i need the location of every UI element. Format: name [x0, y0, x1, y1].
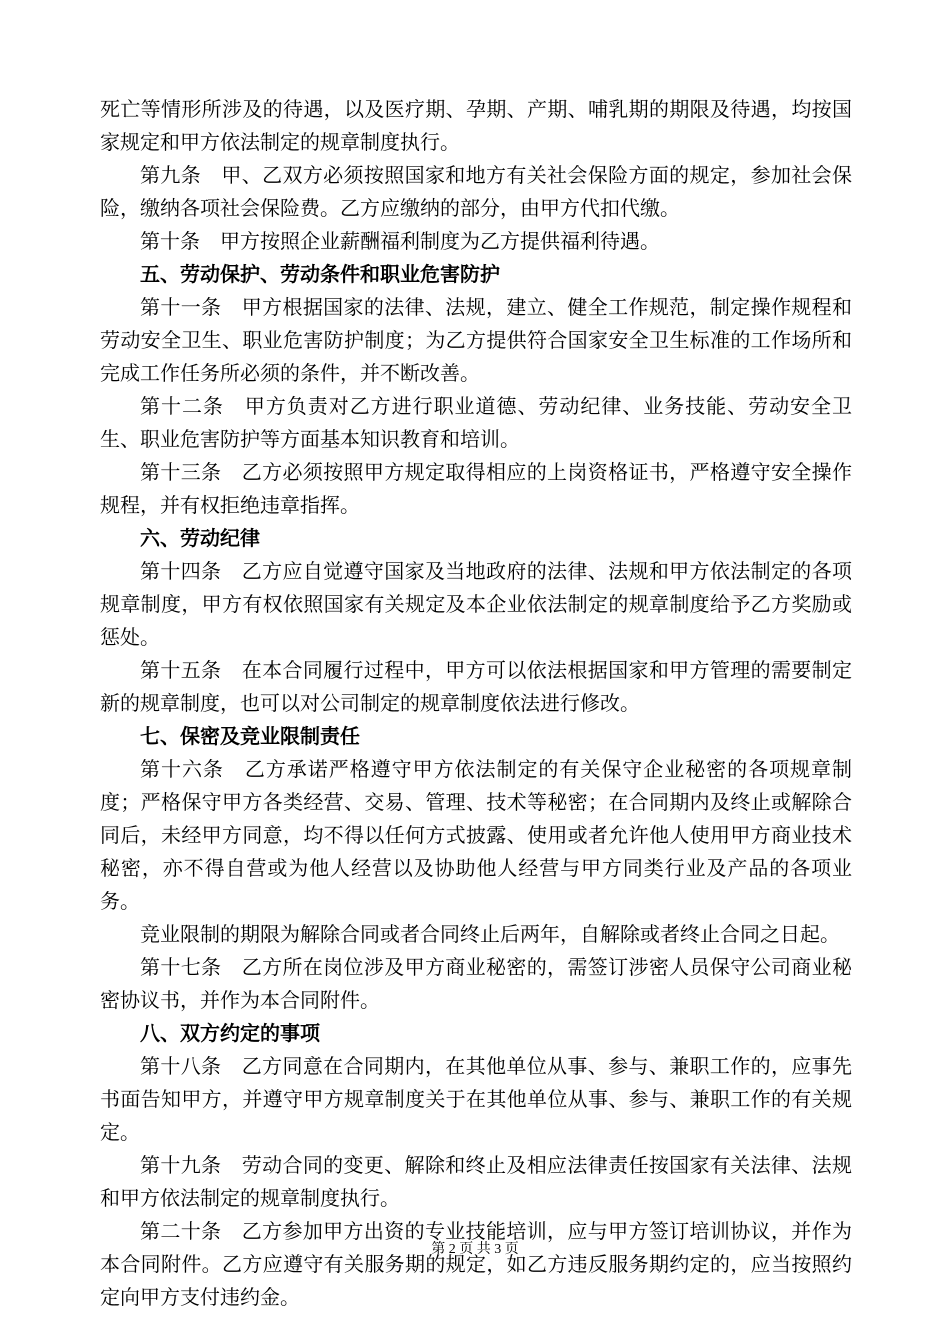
section-heading: 八、双方约定的事项 — [100, 1018, 852, 1051]
contract-paragraph: 第十三条 乙方必须按照甲方规定取得相应的上岗资格证书，严格遵守安全操作规程，并有… — [100, 457, 852, 523]
contract-paragraph: 第十四条 乙方应自觉遵守国家及当地政府的法律、法规和甲方依法制定的各项规章制度，… — [100, 556, 852, 655]
contract-paragraph: 第二十条 乙方参加甲方出资的专业技能培训，应与甲方签订培训协议，并作为本合同附件… — [100, 1216, 852, 1315]
contract-paragraph: 第十五条 在本合同履行过程中，甲方可以依法根据国家和甲方管理的需要制定新的规章制… — [100, 655, 852, 721]
contract-paragraph: 竞业限制的期限为解除合同或者合同终止后两年，自解除或者终止合同之日起。 — [100, 919, 852, 952]
contract-paragraph: 死亡等情形所涉及的待遇，以及医疗期、孕期、产期、哺乳期的期限及待遇，均按国家规定… — [100, 94, 852, 160]
contract-paragraph: 第十九条 劳动合同的变更、解除和终止及相应法律责任按国家有关法律、法规和甲方依法… — [100, 1150, 852, 1216]
contract-paragraph: 第九条 甲、乙双方必须按照国家和地方有关社会保险方面的规定，参加社会保险，缴纳各… — [100, 160, 852, 226]
contract-paragraph: 第十七条 乙方所在岗位涉及甲方商业秘密的，需签订涉密人员保守公司商业秘密协议书，… — [100, 952, 852, 1018]
section-heading: 七、保密及竞业限制责任 — [100, 721, 852, 754]
page-footer: 第 2 页 共 3 页 — [0, 1240, 950, 1260]
section-heading: 六、劳动纪律 — [100, 523, 852, 556]
contract-paragraph: 第十一条 甲方根据国家的法律、法规，建立、健全工作规范，制定操作规程和劳动安全卫… — [100, 292, 852, 391]
page-number: 第 2 页 共 3 页 — [431, 1242, 519, 1257]
contract-paragraph: 第十六条 乙方承诺严格遵守甲方依法制定的有关保守企业秘密的各项规章制度；严格保守… — [100, 754, 852, 919]
contract-body: 死亡等情形所涉及的待遇，以及医疗期、孕期、产期、哺乳期的期限及待遇，均按国家规定… — [100, 94, 852, 1315]
section-heading: 五、劳动保护、劳动条件和职业危害防护 — [100, 259, 852, 292]
contract-paragraph: 第十二条 甲方负责对乙方进行职业道德、劳动纪律、业务技能、劳动安全卫生、职业危害… — [100, 391, 852, 457]
document-page: 死亡等情形所涉及的待遇，以及医疗期、孕期、产期、哺乳期的期限及待遇，均按国家规定… — [0, 0, 950, 1344]
contract-paragraph: 第十条 甲方按照企业薪酬福利制度为乙方提供福利待遇。 — [100, 226, 852, 259]
contract-paragraph: 第十八条 乙方同意在合同期内，在其他单位从事、参与、兼职工作的，应事先书面告知甲… — [100, 1051, 852, 1150]
